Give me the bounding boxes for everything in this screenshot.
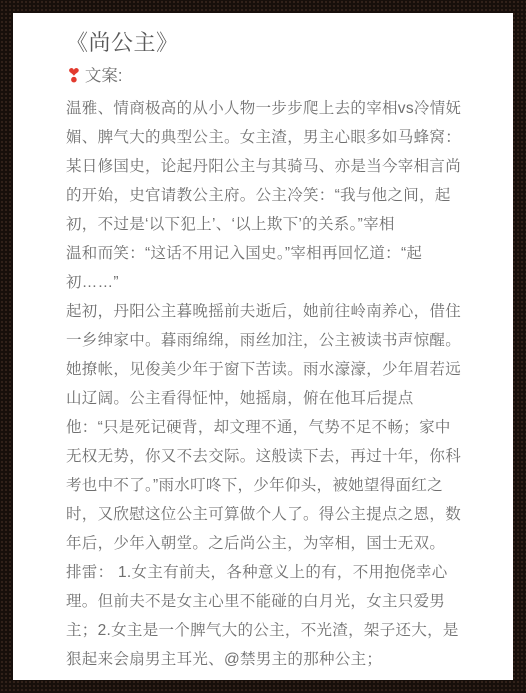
text-line: 排雷： 1.女主有前夫，各种意义上的有，不用抱侥幸心: [66, 558, 473, 587]
heart-exclamation-icon: ❣: [66, 66, 82, 87]
text-line: 温雅、情商极高的从小人物一步步爬上去的宰相vs冷情妩: [66, 94, 473, 123]
text-line: 初……”: [66, 268, 473, 297]
page-background: 《尚公主》 ❣文案: 温雅、情商极高的从小人物一步步爬上去的宰相vs冷情妩媚、脾…: [0, 0, 526, 693]
text-line: 主；2.女主是一个脾气大的公主，不光渣，架子还大，是: [66, 616, 473, 645]
text-line: 考也中不了。”雨水叮咚下，少年仰头，被她望得面红之: [66, 471, 473, 500]
text-line: 温和而笑：“这话不用记入国史。”宰相再回忆道：“起: [66, 239, 473, 268]
section-label: 文案:: [85, 67, 123, 85]
text-line: 的开始，史官请教公主府。公主冷笑：“我与他之间，起: [66, 181, 473, 210]
section-header: ❣文案:: [66, 63, 473, 89]
text-line: 起初，丹阳公主暮晚摇前夫逝后，她前往岭南养心，借住: [66, 297, 473, 326]
text-line: 某日修国史，论起丹阳公主与其骑马、亦是当今宰相言尚: [66, 152, 473, 181]
text-line: 山辽阔。公主看得怔忡，她摇扇，俯在他耳后提点: [66, 384, 473, 413]
body-text: 温雅、情商极高的从小人物一步步爬上去的宰相vs冷情妩媚、脾气大的典型公主。女主渣…: [66, 94, 473, 674]
text-line: 年后，少年入朝堂。之后尚公主，为宰相，国士无双。: [66, 529, 473, 558]
text-line: 无权无势，你又不去交际。这般读下去，再过十年，你科: [66, 442, 473, 471]
text-card: 《尚公主》 ❣文案: 温雅、情商极高的从小人物一步步爬上去的宰相vs冷情妩媚、脾…: [13, 13, 513, 680]
text-line: 理。但前夫不是女主心里不能碰的白月光，女主只爱男: [66, 587, 473, 616]
text-line: 媚、脾气大的典型公主。女主渣，男主心眼多如马蜂窝：: [66, 123, 473, 152]
text-line: 时，又欣慰这位公主可算做个人了。得公主提点之恩，数: [66, 500, 473, 529]
text-line: 她撩帐，见俊美少年于窗下苦读。雨水濠濠，少年眉若远: [66, 355, 473, 384]
text-line: 一乡绅家中。暮雨绵绵，雨丝加注，公主被读书声惊醒。: [66, 326, 473, 355]
text-line: 他：“只是死记硬背，却文理不通，气势不足不畅；家中: [66, 413, 473, 442]
text-line: 狠起来会扇男主耳光、@禁男主的那种公主；: [66, 645, 473, 674]
page-title: 《尚公主》: [66, 28, 473, 58]
text-line: 初，不过是‘以下犯上’、‘以上欺下’的关系。”宰相: [66, 210, 473, 239]
